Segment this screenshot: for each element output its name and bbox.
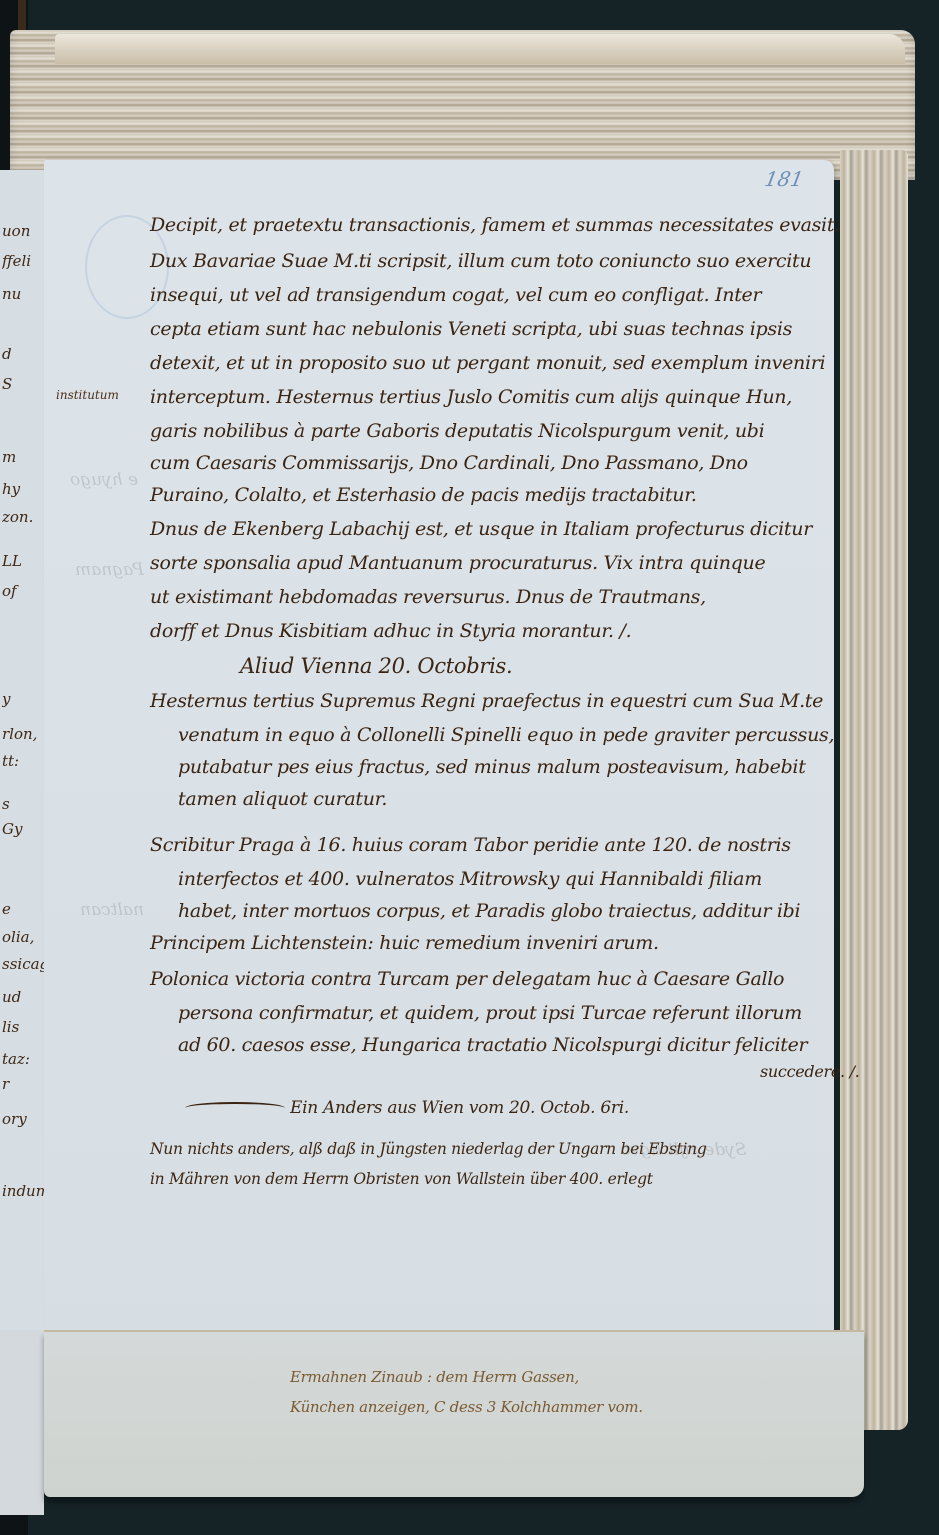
text-line: succedere. /. [760, 1062, 859, 1081]
left-page-fragment: nu [2, 285, 44, 303]
footer-note-line: Künchen anzeigen, C dess 3 Kolchhammer v… [290, 1398, 643, 1416]
german-text-line: Nun nichts anders, alß daß in Jüngsten n… [150, 1140, 706, 1158]
german-heading: Ein Anders aus Wien vom 20. Octob. 6ri. [290, 1098, 629, 1118]
left-page-fragment: taz: [2, 1050, 44, 1068]
left-page-fragment: olia, [2, 928, 44, 946]
text-line: sorte sponsalia apud Mantuanum procuratu… [150, 552, 765, 574]
left-page-fragment: m [2, 448, 44, 466]
text-line: Decipit, et praetextu transactionis, fam… [150, 214, 840, 236]
left-page-fragment: e [2, 900, 44, 918]
top-page-edge [55, 34, 905, 64]
text-line: Scribitur Praga à 16. huius coram Tabor … [150, 834, 791, 856]
left-page-fragment: of [2, 582, 44, 600]
text-line: dorff et Dnus Kisbitiam adhuc in Styria … [150, 620, 631, 642]
left-page-fragment: uon [2, 222, 44, 240]
left-page-fragment: LL [2, 552, 44, 570]
text-line: interceptum. Hesternus tertius Juslo Com… [150, 386, 792, 408]
left-page-fragment: ud [2, 988, 44, 1006]
text-line: cepta etiam sunt hac nebulonis Veneti sc… [150, 318, 792, 340]
left-page-fragment: ory [2, 1110, 44, 1128]
text-line: ad 60. caesos esse, Hungarica tractatio … [178, 1034, 807, 1056]
text-line: venatum in equo à Collonelli Spinelli eq… [178, 724, 834, 746]
text-line: Dux Bavariae Suae M.ti scripsit, illum c… [150, 250, 811, 272]
footer-note-line: Ermahnen Zinaub : dem Herrn Gassen, [290, 1368, 579, 1386]
main-folio-page [44, 160, 834, 1410]
left-page-fragment: d [2, 345, 44, 363]
left-facing-page-bottom [0, 1330, 44, 1515]
left-page-fragment: y [2, 690, 44, 708]
left-page-fragment: indum [2, 1182, 44, 1200]
text-line: Dnus de Ekenberg Labachij est, et usque … [150, 518, 812, 540]
text-line: habet, inter mortuos corpus, et Paradis … [178, 900, 800, 922]
text-line: Polonica victoria contra Turcam per dele… [150, 968, 784, 990]
text-line: ut existimant hebdomadas reversurus. Dnu… [150, 586, 706, 608]
bleedthrough-text: naltcan [80, 900, 144, 920]
margin-note: institutum [56, 388, 119, 402]
text-line: detexit, et ut in proposito suo ut perga… [150, 352, 825, 374]
left-facing-page: uon ffeli nu d S m hy zon. LL of y rlon,… [0, 170, 46, 1330]
left-page-fragment: rlon, [2, 725, 44, 743]
text-line: Principem Lichtenstein: huic remedium in… [150, 932, 659, 954]
text-line: Puraino, Colalto, et Esterhasio de pacis… [150, 484, 697, 506]
manuscript-scan: uon ffeli nu d S m hy zon. LL of y rlon,… [0, 0, 939, 1535]
text-line: garis nobilibus à parte Gaboris deputati… [150, 420, 764, 442]
left-page-fragment: s [2, 795, 44, 813]
section-heading: Aliud Vienna 20. Octobris. [240, 654, 512, 678]
text-line: putabatur pes eius fractus, sed minus ma… [178, 756, 806, 778]
left-page-fragment: Gy [2, 820, 44, 838]
bleedthrough-text: Pagnam [75, 560, 144, 580]
left-page-fragment: lis [2, 1018, 44, 1036]
text-line: tamen aliquot curatur. [178, 788, 387, 810]
folio-number: 181 [763, 167, 805, 191]
text-line: Hesternus tertius Supremus Regni praefec… [150, 690, 823, 712]
left-page-fragment: r [2, 1075, 44, 1093]
left-page-fragment: ffeli [2, 252, 44, 270]
left-page-fragment: hy [2, 480, 44, 498]
left-page-fragment: zon. [2, 508, 44, 526]
german-text-line: in Mähren von dem Herrn Obristen von Wal… [150, 1170, 653, 1188]
bleedthrough-text: e hyugo [70, 470, 138, 490]
text-line: insequi, ut vel ad transigendum cogat, v… [150, 284, 761, 306]
text-line: interfectos et 400. vulneratos Mitrowsky… [178, 868, 762, 890]
left-page-fragment: tt: [2, 752, 44, 770]
page-stack-right-edge [840, 150, 908, 1430]
text-line: cum Caesaris Commissarijs, Dno Cardinali… [150, 452, 748, 474]
text-line: persona confirmatur, et quidem, prout ip… [178, 1002, 802, 1024]
heading-flourish [185, 1102, 285, 1114]
left-page-fragment: S [2, 375, 44, 393]
left-page-fragment: ssicag [2, 955, 44, 973]
